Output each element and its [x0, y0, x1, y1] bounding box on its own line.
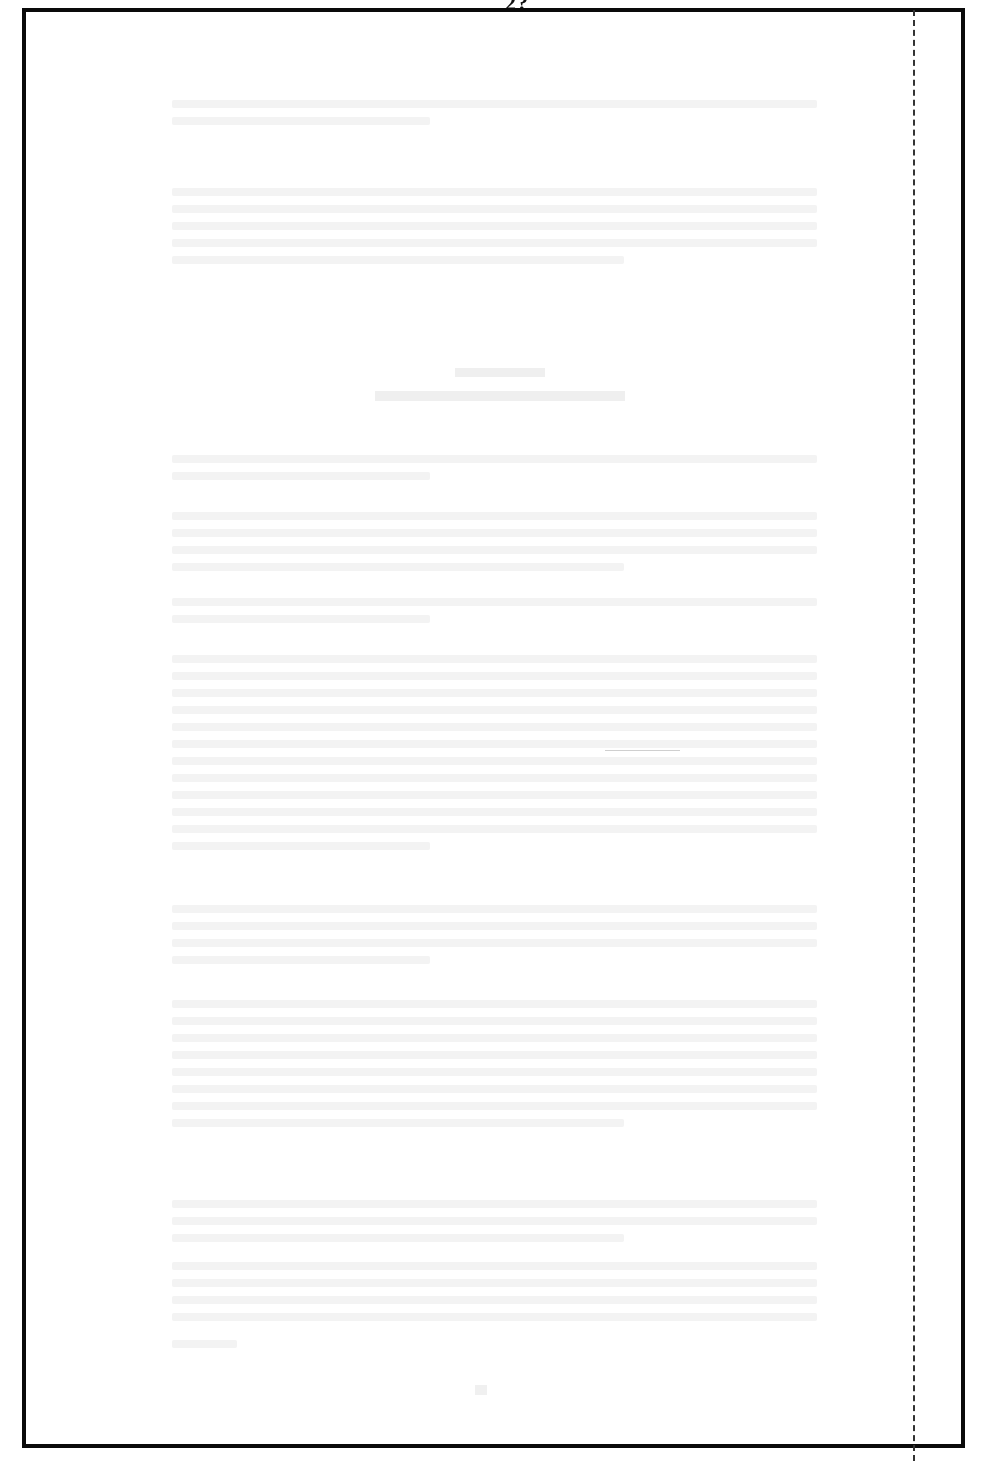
section-heading — [340, 368, 660, 401]
paragraph — [172, 188, 817, 273]
heading-line-2 — [375, 391, 625, 401]
paragraph — [172, 100, 817, 134]
heading-line-1 — [455, 368, 545, 377]
inline-rule — [605, 750, 680, 751]
paragraph — [172, 1000, 817, 1136]
paragraph — [172, 655, 817, 859]
paragraph — [172, 1340, 817, 1357]
paragraph — [172, 455, 817, 489]
paragraph — [172, 598, 817, 632]
paragraph — [172, 1200, 817, 1251]
paragraph — [172, 1262, 817, 1330]
paragraph — [172, 905, 817, 973]
margin-dashed-line — [913, 10, 915, 1461]
footer-mark — [475, 1385, 487, 1395]
paragraph — [172, 512, 817, 580]
